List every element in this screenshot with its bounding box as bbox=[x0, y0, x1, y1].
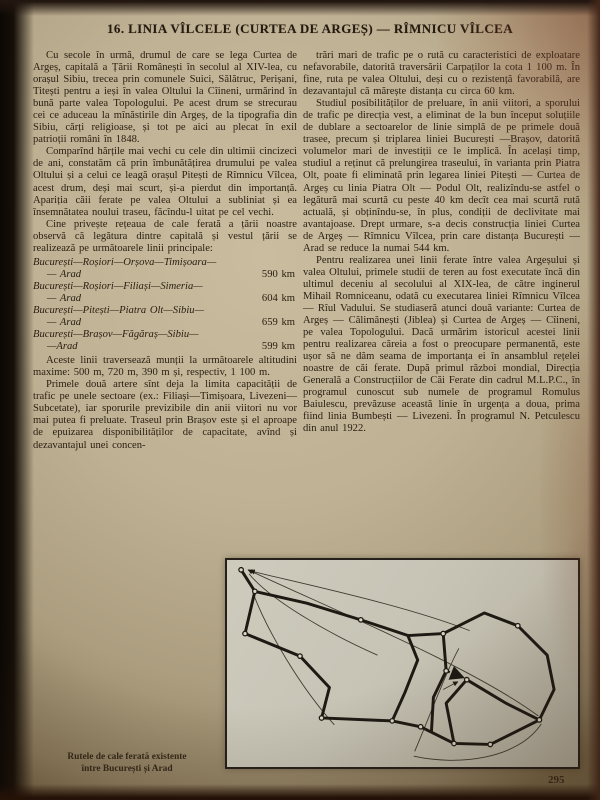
map-route-line bbox=[443, 634, 446, 671]
route-item: București—Roșiori—Filiași—Simeria— — Ara… bbox=[33, 281, 297, 305]
map-city-node-sibiu bbox=[441, 631, 446, 636]
route-name: București—Pitești—Piatra Olt—Sibiu— bbox=[33, 305, 297, 317]
paragraph: Pentru realizarea unei linii ferate într… bbox=[303, 255, 580, 436]
map-route-line bbox=[361, 620, 443, 636]
map-city-node-rimnicu-vilcea bbox=[444, 669, 449, 674]
paragraph: Aceste linii traversează munții la următ… bbox=[33, 355, 297, 379]
route-item: București—Brașov—Făgăraș—Sibiu— —Arad599… bbox=[33, 329, 297, 353]
route-name-cont: — Arad bbox=[47, 293, 81, 305]
route-name-cont: — Arad bbox=[47, 269, 81, 281]
right-column: trări mari de trafic pe o rută cu caract… bbox=[303, 50, 580, 436]
map-city-node-rosiori bbox=[488, 742, 493, 747]
map-city-node-arad bbox=[253, 589, 258, 594]
photo-shadow-left bbox=[0, 0, 34, 800]
route-list: București—Roșiori—Orșova—Timișoara— — Ar… bbox=[33, 257, 297, 353]
route-item: București—Pitești—Piatra Olt—Sibiu— — Ar… bbox=[33, 305, 297, 329]
left-column: Cu secole în urmă, drumul de care se leg… bbox=[33, 50, 297, 452]
map-city-node-deva bbox=[359, 618, 364, 623]
map-city-node-brasov bbox=[516, 623, 521, 628]
map-route-line bbox=[322, 718, 393, 721]
route-name-cont: —Arad bbox=[47, 341, 78, 353]
map-thin-line bbox=[443, 682, 458, 690]
map-caption-line2: între București și Arad bbox=[36, 764, 218, 776]
map-city-node-orsova bbox=[319, 716, 324, 721]
route-distance: 599 km bbox=[262, 341, 297, 353]
route-name: București—Roșiori—Orșova—Timișoara— bbox=[33, 257, 297, 269]
photo-shadow-right bbox=[587, 0, 600, 800]
book-page-photo: 16. LINIA VÎLCELE (CURTEA DE ARGEȘ) — RÎ… bbox=[0, 0, 600, 800]
map-city-node-curtici bbox=[239, 568, 244, 573]
paragraph: Primele două artere sînt deja la limita … bbox=[33, 379, 297, 451]
photo-shadow-bottom bbox=[0, 784, 600, 800]
map-city-node-bucuresti bbox=[537, 718, 542, 723]
map-thin-line bbox=[254, 595, 334, 724]
map-route-line bbox=[245, 634, 329, 718]
railway-map-figure bbox=[225, 558, 580, 769]
map-city-node-caransebes bbox=[298, 654, 303, 659]
route-name-cont: — Arad bbox=[47, 317, 81, 329]
map-city-node-vilcele bbox=[465, 677, 470, 682]
paragraph: Studiul posibilităților de preluare, în … bbox=[303, 98, 580, 255]
route-distance: 590 km bbox=[262, 269, 297, 281]
map-caption: Rutele de cale ferată existente între Bu… bbox=[36, 752, 218, 775]
paragraph: Cine privește rețeaua de cale ferată a ț… bbox=[33, 219, 297, 255]
route-distance: 659 km bbox=[262, 317, 297, 329]
railway-map-svg bbox=[227, 560, 578, 767]
map-city-node-filiasi bbox=[390, 719, 395, 724]
map-city-node-craiova bbox=[418, 725, 423, 730]
route-item: București—Roșiori—Orșova—Timișoara— — Ar… bbox=[33, 257, 297, 281]
photo-shadow-top bbox=[0, 0, 600, 16]
map-caption-line1: Rutele de cale ferată existente bbox=[36, 752, 218, 764]
route-name: București—Brașov—Făgăraș—Sibiu— bbox=[33, 329, 297, 341]
map-thin-line bbox=[248, 570, 538, 716]
map-route-line bbox=[443, 613, 518, 634]
map-route-line bbox=[255, 591, 361, 619]
route-name: București—Roșiori—Filiași—Simeria— bbox=[33, 281, 297, 293]
map-route-line bbox=[446, 680, 467, 744]
map-city-node-caracal bbox=[452, 741, 457, 746]
paragraph: Comparînd hărțile mai vechi cu cele din … bbox=[33, 146, 297, 218]
page-title: 16. LINIA VÎLCELE (CURTEA DE ARGEȘ) — RÎ… bbox=[34, 21, 586, 37]
paragraph: Cu secole în urmă, drumul de care se leg… bbox=[33, 50, 297, 146]
map-route-line bbox=[467, 680, 540, 720]
paragraph: trări mari de trafic pe o rută cu caract… bbox=[303, 50, 580, 98]
page-number: 295 bbox=[548, 774, 565, 786]
map-route-line bbox=[241, 570, 255, 634]
map-route-line bbox=[392, 720, 539, 745]
map-route-line bbox=[392, 636, 418, 721]
route-distance: 604 km bbox=[262, 293, 297, 305]
map-city-node-timisoara bbox=[243, 631, 248, 636]
